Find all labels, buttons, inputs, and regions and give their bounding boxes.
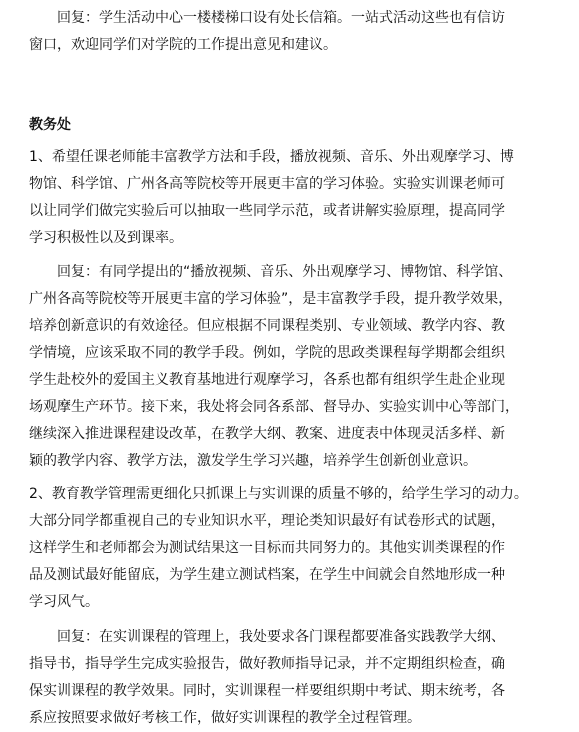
text-line: 学情境，应该采取不同的教学手段。例如，学院的思政类课程每学期都会组织 bbox=[29, 340, 579, 367]
section-heading-academic-affairs: 教务处 bbox=[29, 112, 71, 139]
reply-student-center-paragraph: 回复：学生活动中心一楼楼梯口设有处长信箱。一站式活动这些也有信访 窗口，欢迎同学… bbox=[29, 5, 579, 59]
item-1-paragraph: 1、希望任课老师能丰富教学方法和手段，播放视频、音乐、外出观摩学习、博 物馆、科… bbox=[29, 144, 579, 252]
text-line: 大部分同学都重视自己的专业知识水平，理论类知识最好有试卷形式的试题， bbox=[29, 508, 579, 535]
text-line: 学习积极性以及到课率。 bbox=[29, 225, 579, 252]
text-line: 物馆、科学馆、广州各高等院校等开展更丰富的学习体验。实验实训课老师可 bbox=[29, 171, 579, 198]
item-2-paragraph: 2、教育教学管理需更细化只抓课上与实训课的质量不够的，给学生学习的动力。 大部分… bbox=[29, 481, 579, 616]
text-line: 场观摩生产环节。接下来，我处将会同各系部、督导办、实验实训中心等部门， bbox=[29, 394, 579, 421]
text-line: 培养创新意识的有效途径。但应根据不同课程类别、专业领域、教学内容、教 bbox=[29, 313, 579, 340]
text-line: 回复：学生活动中心一楼楼梯口设有处长信箱。一站式活动这些也有信访 bbox=[29, 5, 579, 32]
text-line: 学习风气。 bbox=[29, 589, 579, 616]
text-line: 继续深入推进课程建设改革，在教学大纲、教案、进度表中体现灵活多样、新 bbox=[29, 421, 579, 448]
text-line: 这样学生和老师都会为测试结果这一目标而共同努力的。其他实训类课程的作 bbox=[29, 535, 579, 562]
text-line: 回复：有同学提出的“播放视频、音乐、外出观摩学习、博物馆、科学馆、 bbox=[29, 259, 579, 286]
reply-2-paragraph: 回复：在实训课程的管理上，我处要求各门课程都要准备实践教学大纲、 指导书，指导学… bbox=[29, 624, 579, 732]
text-line: 2、教育教学管理需更细化只抓课上与实训课的质量不够的，给学生学习的动力。 bbox=[29, 481, 579, 508]
text-line: 保实训课程的教学效果。同时，实训课程一样要组织期中考试、期末统考，各 bbox=[29, 678, 579, 705]
reply-1-paragraph: 回复：有同学提出的“播放视频、音乐、外出观摩学习、博物馆、科学馆、 广州各高等院… bbox=[29, 259, 579, 475]
text-line: 品及测试最好能留底，为学生建立测试档案，在学生中间就会自然地形成一种 bbox=[29, 562, 579, 589]
text-line: 指导书，指导学生完成实验报告，做好教师指导记录，并不定期组织检查，确 bbox=[29, 651, 579, 678]
text-line: 以让同学们做完实验后可以抽取一些同学示范，或者讲解实验原理，提高同学 bbox=[29, 198, 579, 225]
text-line: 系应按照要求做好考核工作，做好实训课程的教学全过程管理。 bbox=[29, 705, 579, 732]
text-line: 学生赴校外的爱国主义教育基地进行观摩学习，各系也都有组织学生赴企业现 bbox=[29, 367, 579, 394]
text-line: 广州各高等院校等开展更丰富的学习体验”，是丰富教学手段，提升教学效果， bbox=[29, 286, 579, 313]
text-line: 回复：在实训课程的管理上，我处要求各门课程都要准备实践教学大纲、 bbox=[29, 624, 579, 651]
text-line: 1、希望任课老师能丰富教学方法和手段，播放视频、音乐、外出观摩学习、博 bbox=[29, 144, 579, 171]
text-line: 颖的教学内容、教学方法，激发学生学习兴趣，培养学生创新创业意识。 bbox=[29, 448, 579, 475]
text-line: 窗口，欢迎同学们对学院的工作提出意见和建议。 bbox=[29, 32, 579, 59]
